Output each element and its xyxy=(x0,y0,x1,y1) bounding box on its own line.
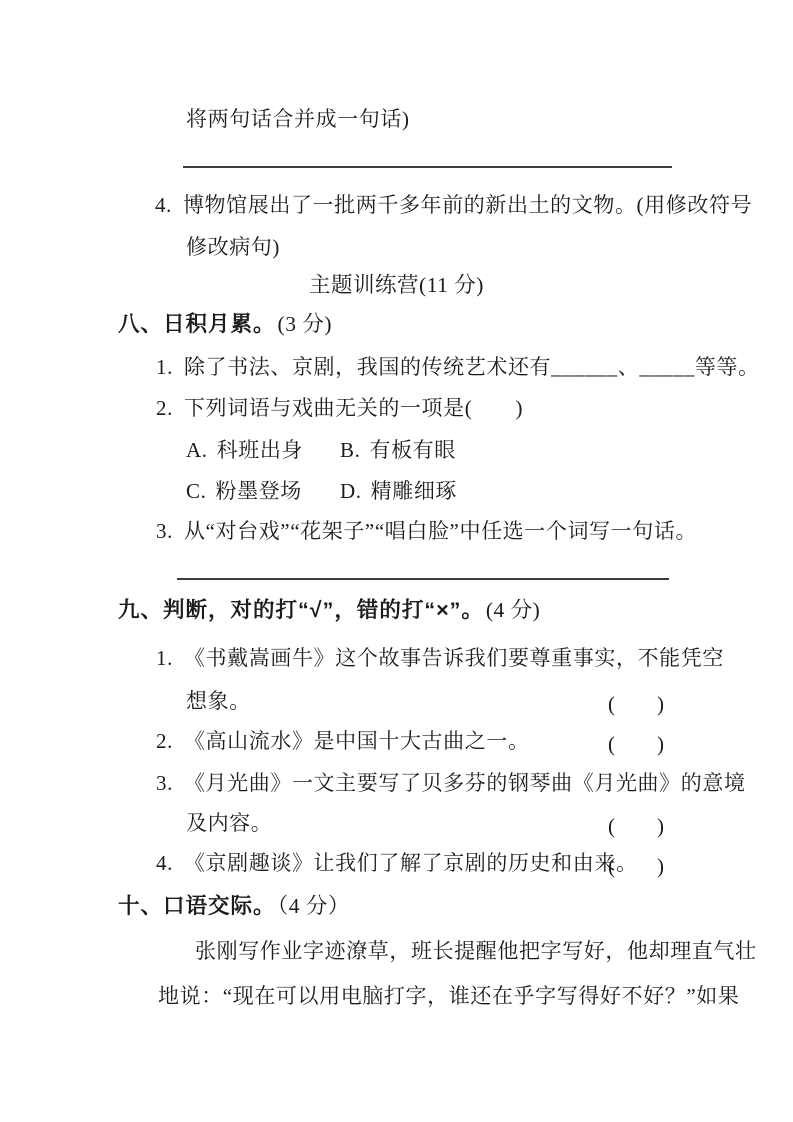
question-8-2-number: 2. xyxy=(156,395,173,421)
answer-parentheses-text: ( ) xyxy=(608,732,664,756)
answer-parentheses-text: ( ) xyxy=(608,854,664,878)
section-10-score: （4 分） xyxy=(278,894,350,918)
question-4: 4.博物馆展出了一批两千多年前的新出土的文物。(用修改符号 xyxy=(155,192,752,218)
section-8-number: 八、 xyxy=(118,312,163,336)
section-9-title: 判断，对的打“√”，错的打“×”。 xyxy=(163,598,484,622)
question-8-1-number: 1. xyxy=(156,354,173,380)
question-8-2-text: 下列词语与戏曲无关的一项是( ) xyxy=(184,396,523,420)
question-8-2: 2.下列词语与戏曲无关的一项是( ) xyxy=(156,395,523,421)
section-9-score: (4 分) xyxy=(486,598,540,622)
question-8-3-number: 3. xyxy=(156,518,173,544)
question-4-continuation-text: 修改病句) xyxy=(186,235,280,259)
option-b-text: 有板有眼 xyxy=(369,438,455,462)
carryover-instruction-text: 将两句话合并成一句话) xyxy=(186,107,410,131)
section-9-number: 九、 xyxy=(118,598,163,622)
section-10-heading: 十、口语交际。（4 分） xyxy=(118,893,350,920)
question-9-1: 1.《书戴嵩画牛》这个故事告诉我们要尊重事实，不能凭空 xyxy=(156,645,724,671)
section-9-heading: 九、判断，对的打“√”，错的打“×”。(4 分) xyxy=(118,597,540,624)
question-8-3-text: 从“对台戏”“花架子”“唱白脸”中任选一个词写一句话。 xyxy=(184,519,697,543)
question-9-3: 3.《月光曲》一文主要写了贝多芬的钢琴曲《月光曲》的意境 xyxy=(156,770,746,796)
question-9-4-text: 《京剧趣谈》让我们了解了京剧的历史和由来。 xyxy=(184,851,638,875)
option-a: A.科班出身 xyxy=(186,437,303,463)
question-9-3-continuation-text: 及内容。 xyxy=(186,811,272,835)
section-10-title: 口语交际。 xyxy=(163,894,276,918)
question-8-3: 3.从“对台戏”“花架子”“唱白脸”中任选一个词写一句话。 xyxy=(156,518,697,544)
question-4-text: 博物馆展出了一批两千多年前的新出土的文物。(用修改符号 xyxy=(183,193,752,217)
section-10-paragraph-line-1: 张刚写作业字迹潦草，班长提醒他把字写好，他却理直气壮 xyxy=(195,938,757,964)
answer-parentheses: ( ) xyxy=(608,850,664,880)
question-9-1-text: 《书戴嵩画牛》这个故事告诉我们要尊重事实，不能凭空 xyxy=(184,646,724,670)
section-10-paragraph-line-2: 地说：“现在可以用电脑打字，谁还在乎字写得好不好？”如果 xyxy=(158,983,739,1009)
option-c-text: 粉墨登场 xyxy=(215,479,301,503)
section-8-heading: 八、日积月累。(3 分) xyxy=(118,311,332,338)
option-d-text: 精雕细琢 xyxy=(371,479,457,503)
section-10-paragraph-line-2-text: 地说：“现在可以用电脑打字，谁还在乎字写得好不好？”如果 xyxy=(158,984,739,1008)
option-a-text: 科班出身 xyxy=(217,438,303,462)
worksheet-page: 将两句话合并成一句话) 4.博物馆展出了一批两千多年前的新出土的文物。(用修改符… xyxy=(0,0,793,1122)
question-9-2-number: 2. xyxy=(156,728,173,754)
answer-parentheses: ( ) xyxy=(608,810,664,840)
carryover-instruction-line: 将两句话合并成一句话) xyxy=(186,106,410,132)
question-8-1: 1.除了书法、京剧，我国的传统艺术还有______、_____等等。 xyxy=(156,354,760,380)
question-9-2-text: 《高山流水》是中国十大古曲之一。 xyxy=(184,729,530,753)
answer-blank-line xyxy=(177,578,669,580)
option-c-label: C. xyxy=(186,478,206,504)
question-4-number: 4. xyxy=(155,192,172,218)
option-b: B.有板有眼 xyxy=(340,437,456,463)
option-c: C.粉墨登场 xyxy=(186,478,302,504)
question-9-3-number: 3. xyxy=(156,770,173,796)
question-9-2: 2.《高山流水》是中国十大古曲之一。 xyxy=(156,728,530,754)
question-9-1-continuation: 想象。 xyxy=(186,688,251,714)
option-a-label: A. xyxy=(186,437,208,463)
option-d: D.精雕细琢 xyxy=(340,478,457,504)
question-9-3-text: 《月光曲》一文主要写了贝多芬的钢琴曲《月光曲》的意境 xyxy=(184,771,746,795)
section-8-title: 日积月累。 xyxy=(163,312,276,336)
question-9-3-continuation: 及内容。 xyxy=(186,810,272,836)
answer-parentheses: ( ) xyxy=(608,728,664,758)
option-b-label: B. xyxy=(340,437,360,463)
question-9-4-number: 4. xyxy=(156,850,173,876)
question-9-1-continuation-text: 想象。 xyxy=(186,689,251,713)
part-banner-title: 主题训练营(11 分) xyxy=(309,273,484,297)
question-4-continuation: 修改病句) xyxy=(186,234,280,260)
option-d-label: D. xyxy=(340,478,362,504)
question-9-4: 4.《京剧趣谈》让我们了解了京剧的历史和由来。 xyxy=(156,850,638,876)
section-10-paragraph-line-1-text: 张刚写作业字迹潦草，班长提醒他把字写好，他却理直气壮 xyxy=(195,939,757,963)
part-banner: 主题训练营(11 分) xyxy=(0,268,793,299)
question-8-1-text: 除了书法、京剧，我国的传统艺术还有______、_____等等。 xyxy=(184,355,760,379)
answer-parentheses-text: ( ) xyxy=(608,692,664,716)
section-8-score: (3 分) xyxy=(278,312,332,336)
section-10-number: 十、 xyxy=(118,894,163,918)
answer-blank-line xyxy=(183,166,672,168)
answer-parentheses: ( ) xyxy=(608,688,664,718)
answer-parentheses-text: ( ) xyxy=(608,814,664,838)
question-9-1-number: 1. xyxy=(156,645,173,671)
